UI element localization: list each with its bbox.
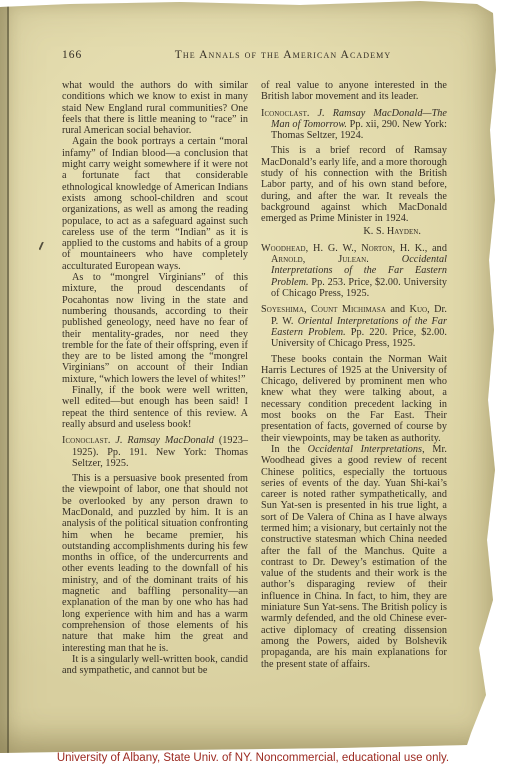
- paragraph: Finally, if the book were well written, …: [62, 385, 248, 430]
- page-edge-line: [7, 0, 9, 753]
- book-citation-woodhead: Woodhead, H. G. W., Norton, H. K., and A…: [261, 243, 447, 299]
- paragraph: This is a persuasive book presented from…: [62, 473, 248, 654]
- margin-pen-mark: [38, 241, 46, 251]
- paragraph: As to “mongrel Virginians” of this mixtu…: [62, 272, 248, 385]
- running-header: 166 The Annals of the American Academy: [62, 49, 446, 61]
- journal-title: The Annals of the American Academy: [120, 49, 446, 61]
- left-column: what would the authors do with similar c…: [62, 80, 248, 676]
- book-page: 166 The Annals of the American Academy w…: [0, 0, 500, 753]
- book-citation-macdonald-1925: Iconoclast. J. Ramsay MacDonald (1923–19…: [62, 435, 248, 469]
- scanned-page-viewer: 166 The Annals of the American Academy w…: [0, 0, 506, 771]
- page-number: 166: [62, 49, 120, 61]
- book-citation-soyeshima: Soyeshima, Count Michimasa and Kuo, Dr. …: [261, 304, 447, 349]
- text-columns: what would the authors do with similar c…: [62, 80, 447, 676]
- paragraph: In the Occidental Interpretations, Mr. W…: [261, 444, 447, 670]
- right-column: of real value to anyone interested in th…: [261, 80, 447, 676]
- paragraph-continuation: of real value to anyone interested in th…: [261, 80, 447, 103]
- library-credit-line: University of Albany, State Univ. of NY.…: [0, 752, 506, 764]
- paragraph: These books contain the Norman Wait Harr…: [261, 354, 447, 444]
- paragraph-continuation: what would the authors do with similar c…: [62, 80, 248, 136]
- reviewer-signature: K. S. Hayden.: [261, 226, 447, 237]
- paragraph: Again the book portrays a certain “moral…: [62, 136, 248, 272]
- paragraph: This is a brief record of Ramsay MacDona…: [261, 145, 447, 224]
- page-gutter-shadow: [0, 0, 7, 753]
- book-citation-macdonald-1924: Iconoclast. J. Ramsay MacDonald—The Man …: [261, 108, 447, 142]
- paragraph: It is a singularly well-written book, ca…: [62, 654, 248, 677]
